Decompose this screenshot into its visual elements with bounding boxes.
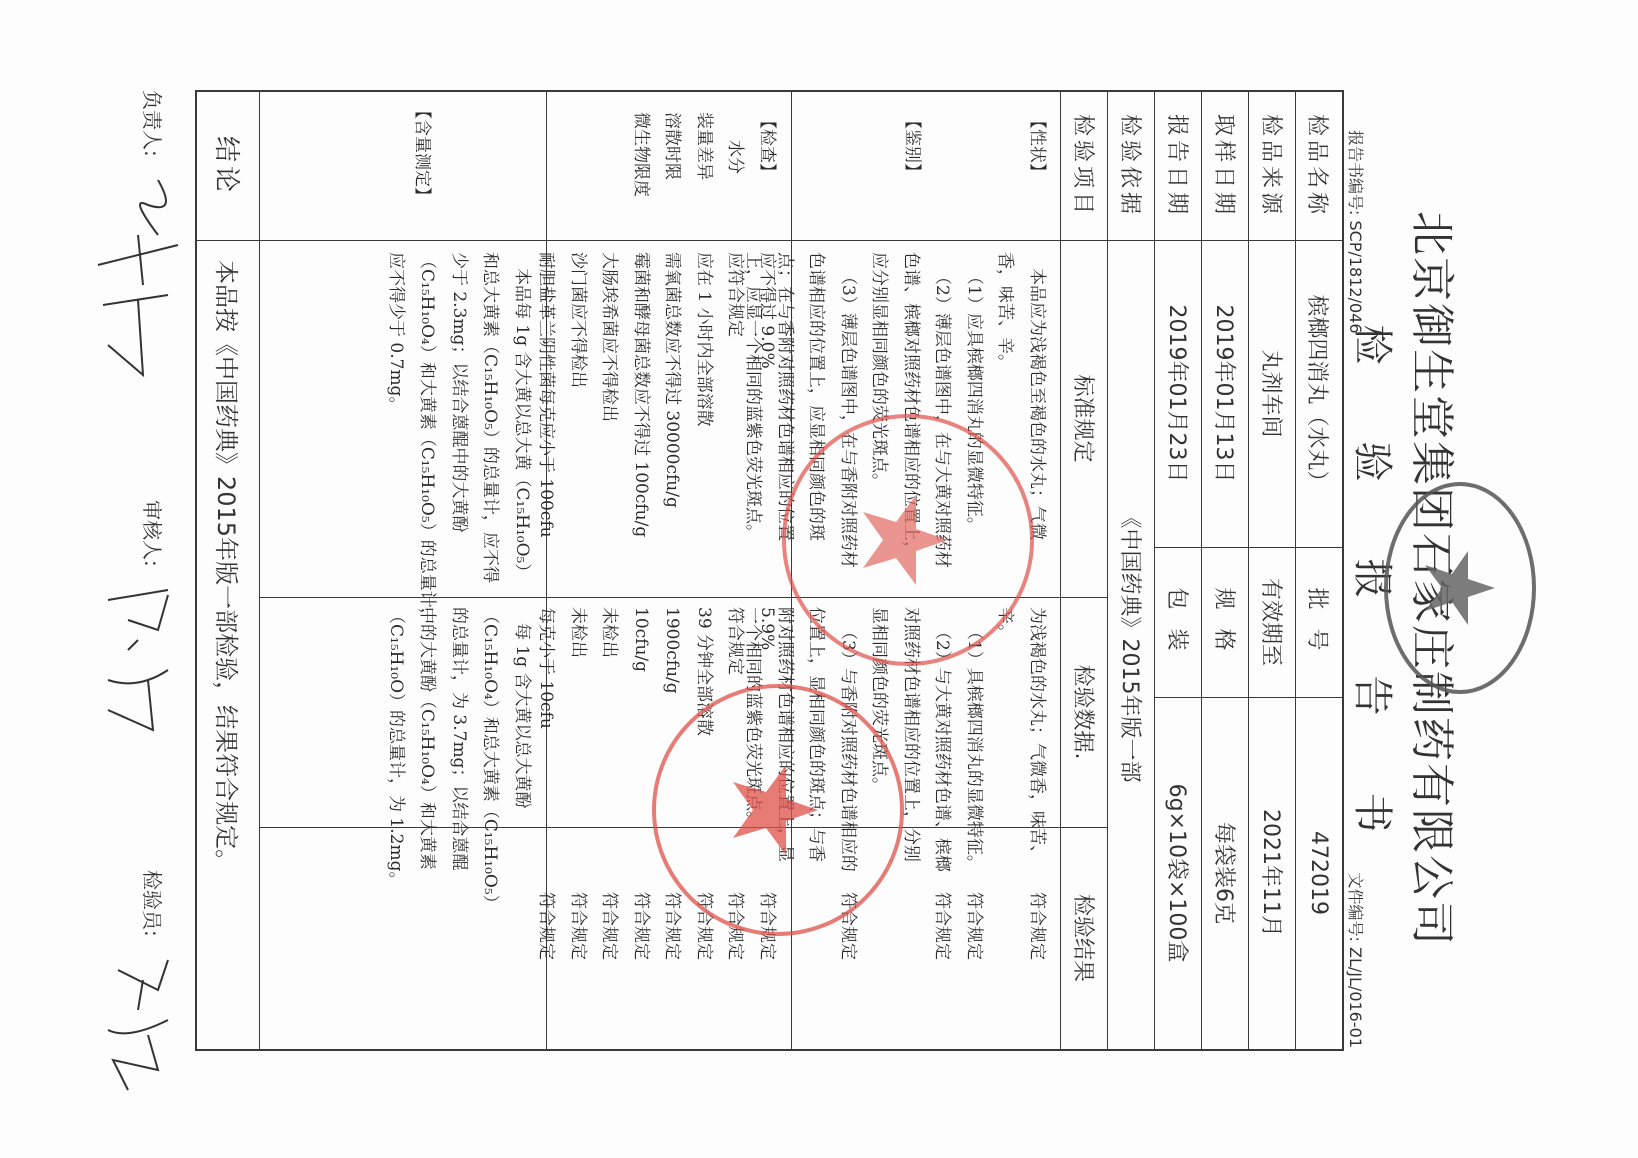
report-number-value: SCP/1812/046	[1346, 221, 1365, 334]
inspector-label: 检验员:	[139, 870, 168, 937]
report-number: 报告书编号: SCP/1812/046	[1345, 130, 1368, 334]
responsible-signature	[88, 175, 198, 395]
conclusion-label: 结论	[197, 92, 260, 240]
value-packaging: 6g×10袋×100盒	[1155, 697, 1202, 1049]
column-header-result: 检验结果	[1061, 827, 1108, 1049]
inspector-signature	[98, 950, 188, 1110]
column-header-item: 检验项目	[1061, 92, 1108, 240]
label-expiry: 有效期至	[1249, 547, 1296, 697]
value-product-name: 槟榔四消丸（水丸）	[1296, 240, 1342, 547]
file-number-value: ZL/JL/016-01	[1346, 947, 1365, 1048]
value-expiry: 2021年11月	[1249, 697, 1296, 1049]
reviewer-signature	[88, 580, 198, 780]
label-source: 检品来源	[1249, 92, 1296, 240]
responsible-person-label: 负责人:	[139, 90, 168, 157]
column-header-data: 检验数据.	[1061, 597, 1108, 827]
red-stamp-2	[648, 680, 908, 940]
item-identification: 【鉴别】	[896, 112, 928, 180]
title-char: 验	[1347, 442, 1404, 483]
value-spec: 每袋装6克	[1202, 697, 1249, 1049]
label-packaging: 包 装	[1155, 547, 1202, 697]
file-number: 文件编号: ZL/JL/016-01	[1345, 873, 1368, 1048]
file-number-label: 文件编号:	[1346, 873, 1365, 942]
standard-assay: 本品每 1g 含大黄以总大黄（C₁₅H₁₀O₅） 和总大黄素（C₁₅H₁₀O₅）…	[380, 252, 538, 625]
red-stamp-1	[778, 410, 1038, 670]
standard-inspection: 应不得过 9.0% 应符合规定 应在 1 小时内全部溶散 需氧菌总数应不得过 3…	[530, 252, 782, 538]
label-product-name: 检品名称	[1296, 92, 1342, 240]
item-appearance: 【性状】	[1021, 112, 1053, 180]
conclusion-text: 本品按《中国药典》2015年版一部检验，结果符合规定。	[197, 260, 260, 1040]
report-number-label: 报告书编号:	[1346, 130, 1365, 215]
column-header-standard: 标准规定	[1061, 240, 1108, 597]
qa-stamp	[1380, 478, 1540, 698]
label-basis: 检验依据	[1108, 92, 1155, 240]
label-report-date: 报告日期	[1155, 92, 1202, 240]
label-sampling-date: 取样日期	[1202, 92, 1249, 240]
reviewer-label: 审核人:	[139, 500, 168, 567]
value-basis: 《中国药典》2015年版一部	[1108, 240, 1155, 1049]
item-assay: 【含量测定】	[406, 102, 438, 204]
data-assay: 每 1g 含大黄以总大黄酚 （C₁₅H₁₀O₄）和总大黄素（C₁₅H₁₀O₅） …	[380, 607, 538, 912]
label-spec: 规 格	[1202, 547, 1249, 697]
label-batch-no: 批 号	[1296, 547, 1342, 697]
value-source: 丸剂车间	[1249, 240, 1296, 547]
value-sampling-date: 2019年01月13日	[1202, 240, 1249, 547]
value-report-date: 2019年01月23日	[1155, 240, 1202, 547]
title-char: 书	[1347, 793, 1404, 834]
value-batch-no: 472019	[1296, 697, 1342, 1049]
item-inspection: 【检查】 水分 装量差异 溶散时限 微生物限度	[625, 112, 783, 197]
inspection-report-page: 北京御生堂集团石家庄制药有限公司 检验报告书 报告书编号: SCP/1812/0…	[0, 0, 1638, 1158]
